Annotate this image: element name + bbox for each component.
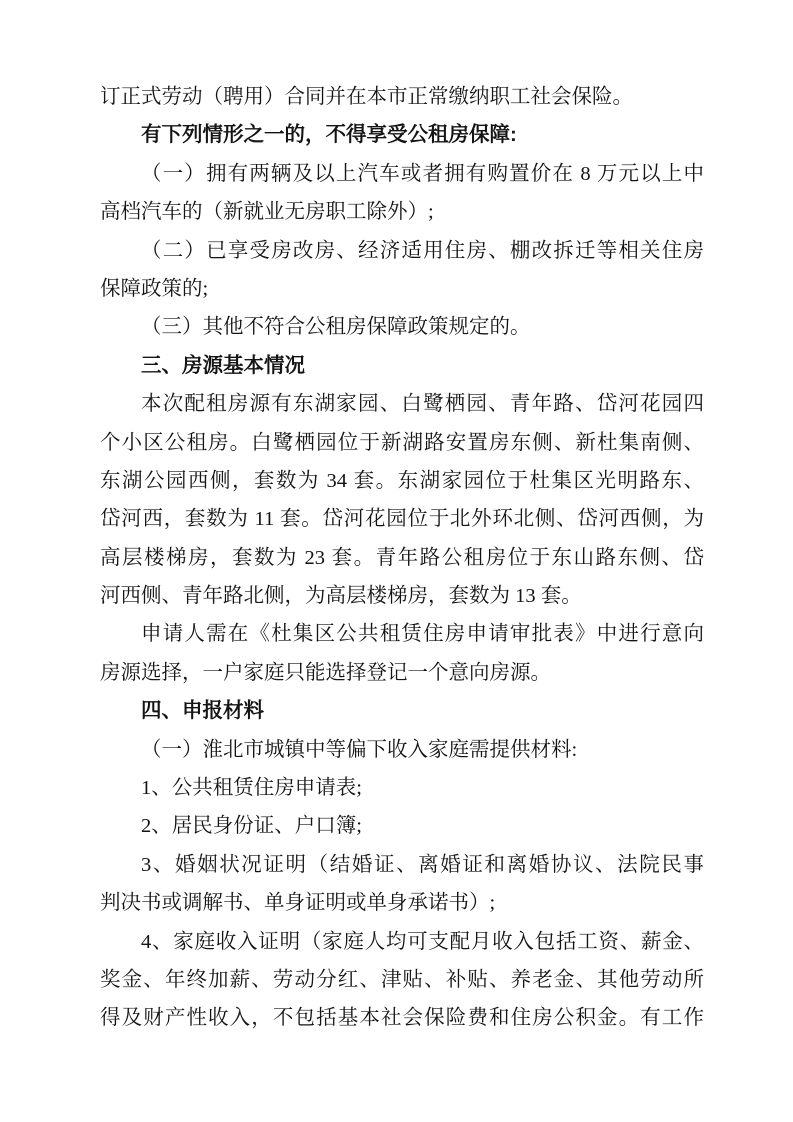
text-line: 本次配租房源有东湖家园、白鹭栖园、青年路、岱河花园四 xyxy=(100,385,704,423)
text-line: 4、家庭收入证明（家庭人均可支配月收入包括工资、薪金、 xyxy=(100,923,704,961)
document-page: 订正式劳动（聘用）合同并在本市正常缴纳职工社会保险。有下列情形之一的，不得享受公… xyxy=(0,0,793,1122)
document-body: 订正式劳动（聘用）合同并在本市正常缴纳职工社会保险。有下列情形之一的，不得享受公… xyxy=(100,78,704,1038)
text-line: 高层楼梯房，套数为 23 套。青年路公租房位于东山路东侧、岱 xyxy=(100,539,704,577)
text-line: 房源选择，一户家庭只能选择登记一个意向房源。 xyxy=(100,654,704,692)
text-line: 申请人需在《杜集区公共租赁住房申请审批表》中进行意向 xyxy=(100,615,704,653)
text-line: 奖金、年终加薪、劳动分红、津贴、补贴、养老金、其他劳动所 xyxy=(100,961,704,999)
text-line: （一）淮北市城镇中等偏下收入家庭需提供材料: xyxy=(100,731,704,769)
text-line: 订正式劳动（聘用）合同并在本市正常缴纳职工社会保险。 xyxy=(100,78,704,116)
heading-line: 三、房源基本情况 xyxy=(100,347,704,385)
text-line: 高档汽车的（新就业无房职工除外）; xyxy=(100,193,704,231)
text-line: 判决书或调解书、单身证明或单身承诺书）; xyxy=(100,884,704,922)
text-line: 河西侧、青年路北侧，为高层楼梯房，套数为 13 套。 xyxy=(100,577,704,615)
text-line: 2、居民身份证、户口簿; xyxy=(100,807,704,845)
text-line: 3、婚姻状况证明（结婚证、离婚证和离婚协议、法院民事 xyxy=(100,846,704,884)
text-line: 1、公共租赁住房申请表; xyxy=(100,769,704,807)
text-line: 岱河西，套数为 11 套。岱河花园位于北外环北侧、岱河西侧，为 xyxy=(100,500,704,538)
text-line: 得及财产性收入，不包括基本社会保险费和住房公积金。有工作 xyxy=(100,999,704,1037)
text-line: 东湖公园西侧，套数为 34 套。东湖家园位于杜集区光明路东、 xyxy=(100,462,704,500)
text-line: （三）其他不符合公租房保障政策规定的。 xyxy=(100,308,704,346)
text-line: （二）已享受房改房、经济适用住房、棚改拆迁等相关住房 xyxy=(100,232,704,270)
text-line: 个小区公租房。白鹭栖园位于新湖路安置房东侧、新杜集南侧、 xyxy=(100,424,704,462)
heading-line: 有下列情形之一的，不得享受公租房保障: xyxy=(100,116,704,154)
text-line: 保障政策的; xyxy=(100,270,704,308)
text-line: （一）拥有两辆及以上汽车或者拥有购置价在 8 万元以上中 xyxy=(100,155,704,193)
heading-line: 四、申报材料 xyxy=(100,692,704,730)
